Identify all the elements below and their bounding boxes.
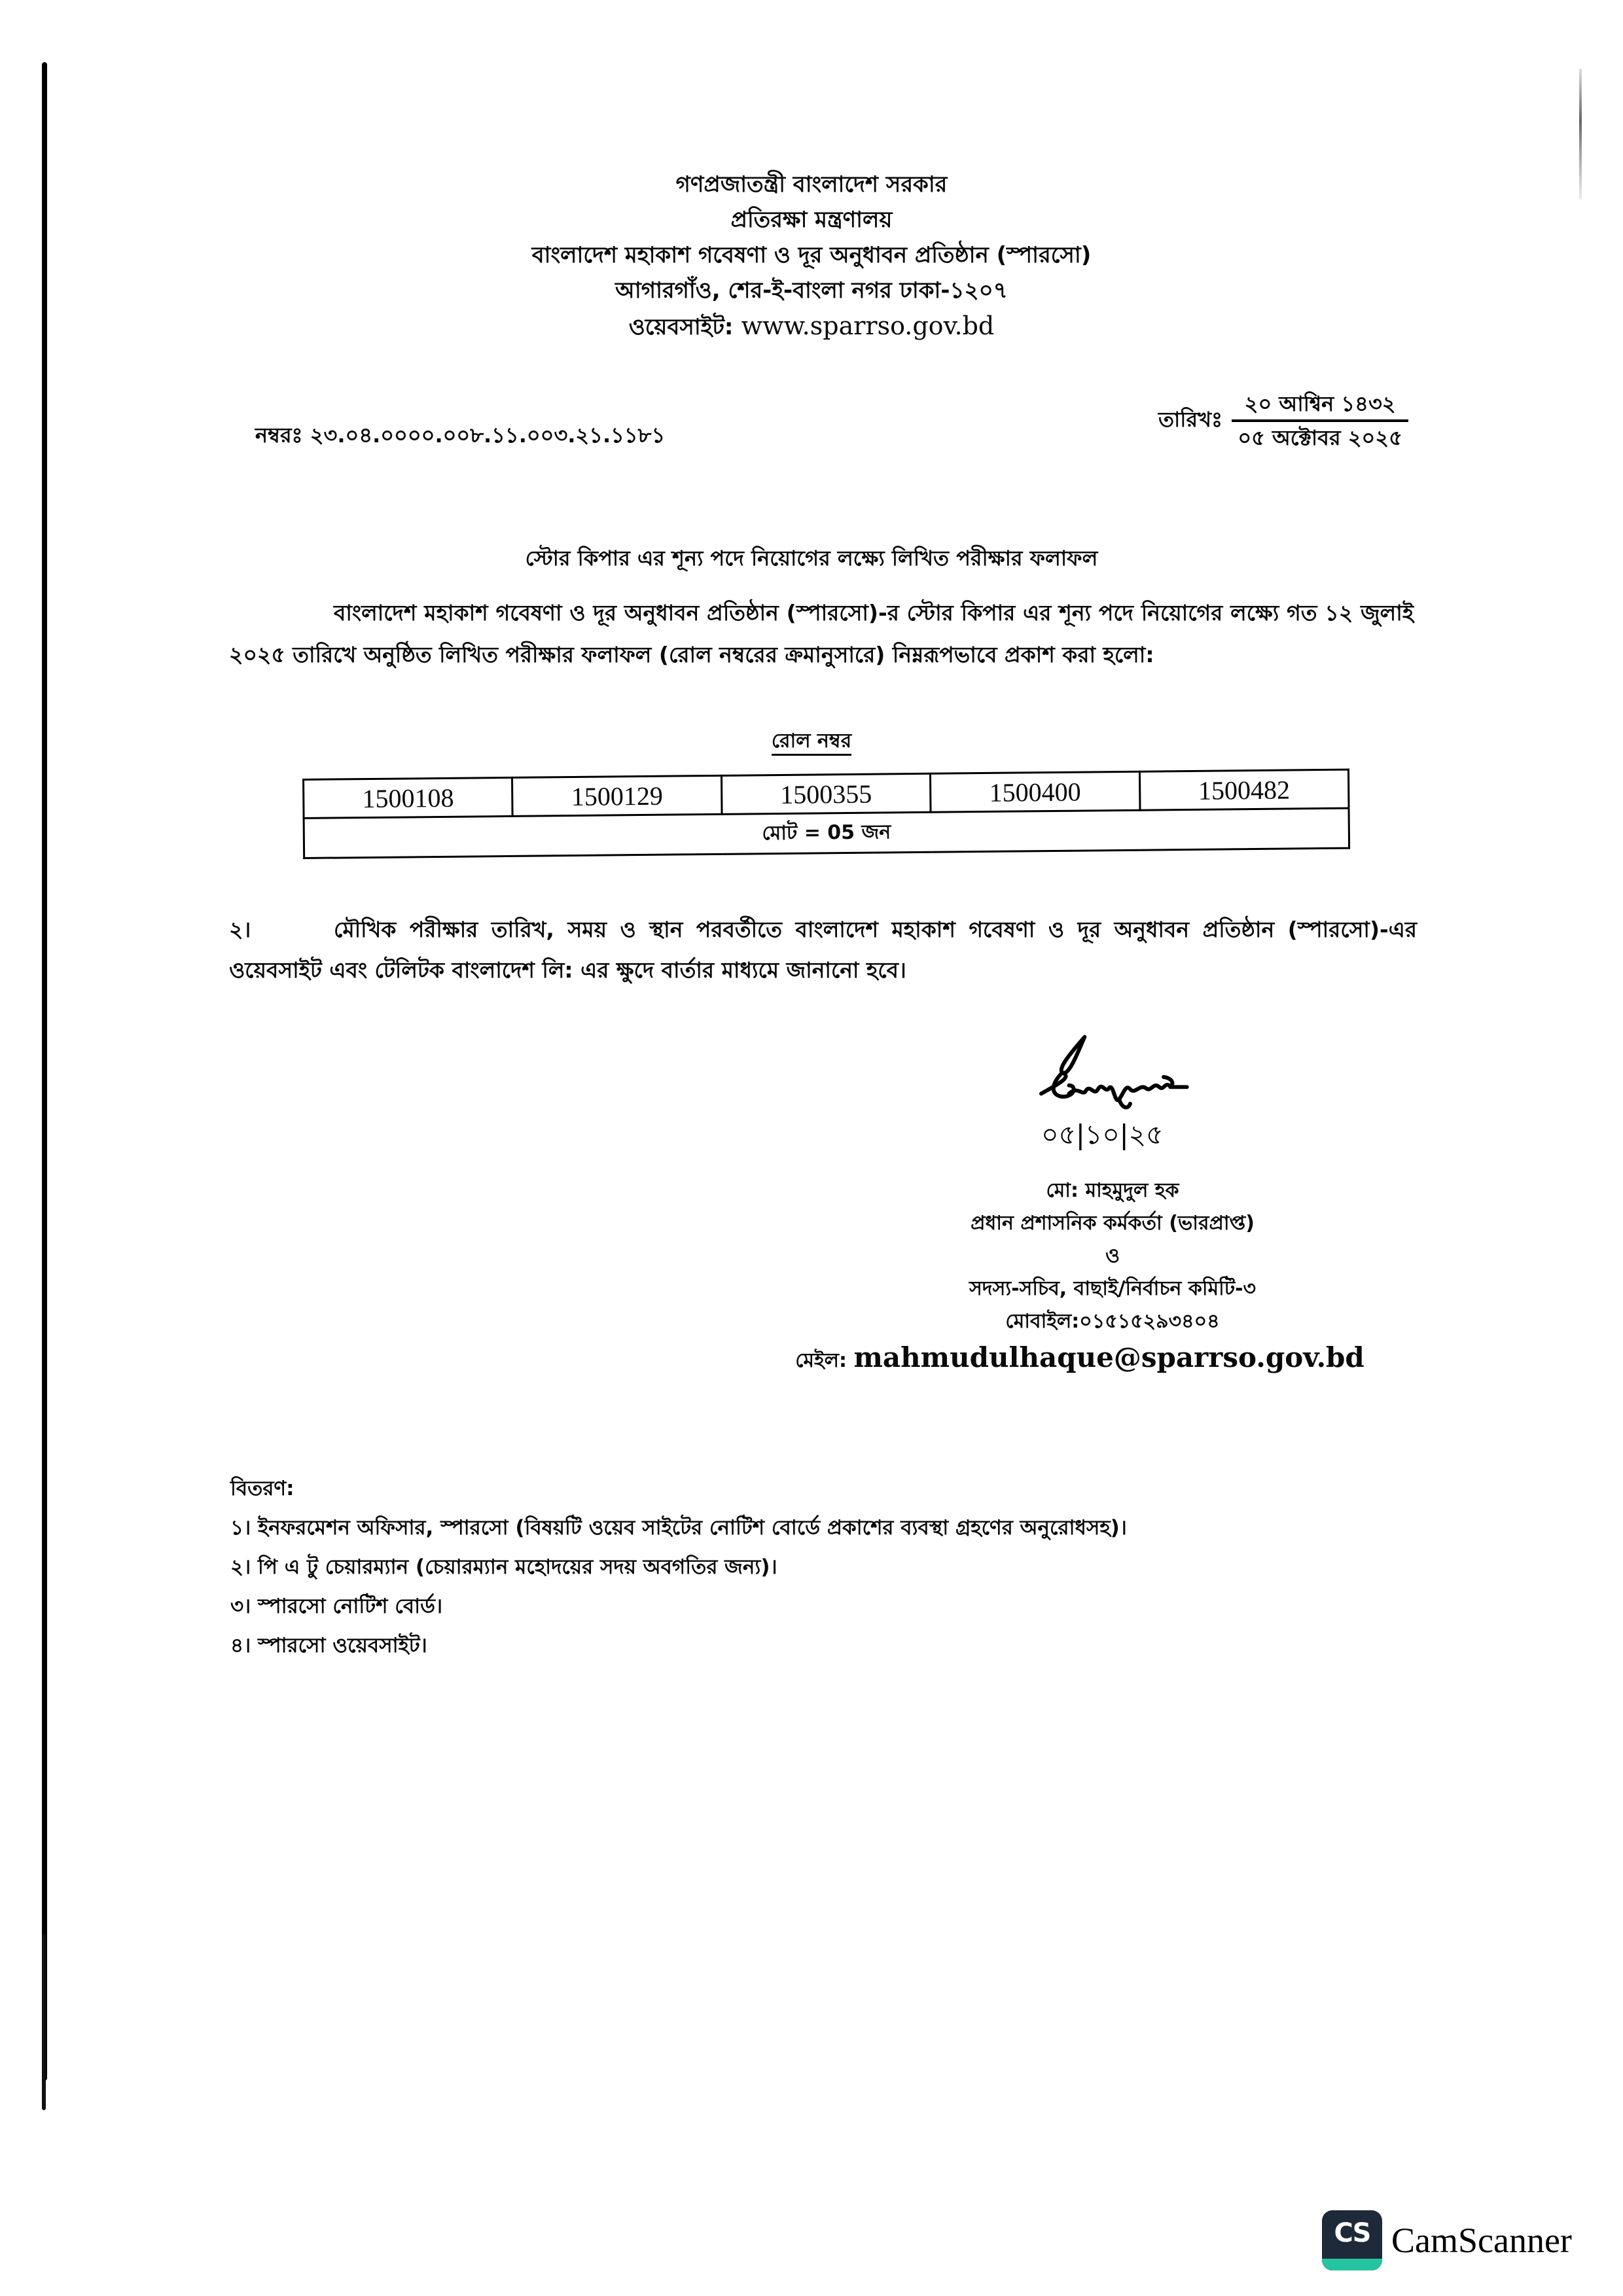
results-table: 1500108 1500129 1500355 1500400 1500482 … (302, 769, 1350, 859)
roll-number-cell: 1500355 (721, 773, 931, 814)
viva-notice-paragraph: ২।মৌখিক পরীক্ষার তারিখ, সময় ও স্থান পরব… (229, 910, 1417, 991)
memo-number: নম্বরঃ ২৩.০৪.০০০০.০০৮.১১.০০৩.২১.১১৮১ (255, 419, 665, 454)
roll-number-cell: 1500482 (1139, 769, 1349, 810)
distribution-heading: বিতরণ: (230, 1469, 1127, 1508)
website-line: ওয়েবসাইট: www.sparrso.gov.bd (0, 308, 1623, 345)
date-label: তারিখঃ (1158, 403, 1222, 438)
government-name: গণপ্রজাতন্ত্রী বাংলাদেশ সরকার (0, 167, 1623, 202)
signatory-designation: প্রধান প্রশাসনিক কর্মকর্তা (ভারপ্রাপ্ত) (805, 1207, 1420, 1240)
list-item: ৩। স্পারসো নোটিশ বোর্ড। (230, 1587, 1127, 1626)
signatory-email-line: মেইল: mahmudulhaque@sparrso.gov.bd (740, 1338, 1420, 1381)
scan-edge-mark-top-left (42, 62, 47, 2081)
list-item: ৪। স্পারসো ওয়েবসাইট। (230, 1626, 1127, 1665)
paragraph-number: ২। (229, 910, 334, 950)
distribution-list: বিতরণ: ১। ইনফরমেশন অফিসার, স্পারসো (বিষয… (230, 1469, 1127, 1665)
signatory-committee-role: সদস্য-সচিব, বাছাই/নির্বাচন কমিটি-৩ (805, 1273, 1420, 1305)
date-divider (1232, 419, 1408, 422)
notice-subject: স্টোর কিপার এর শূন্য পদে নিয়োগের লক্ষ্য… (0, 542, 1623, 577)
signatory-conjunction: ও (805, 1240, 1420, 1273)
intro-paragraph: বাংলাদেশ মহাকাশ গবেষণা ও দূর অনুধাবন প্র… (229, 592, 1414, 676)
roll-number-heading: রোল নম্বর (0, 725, 1623, 758)
paragraph-text: মৌখিক পরীক্ষার তারিখ, সময় ও স্থান পরবর্… (229, 917, 1417, 983)
date-gregorian: ০৫ অক্টোবর ২০২৫ (1238, 423, 1402, 452)
roll-number-cell: 1500400 (931, 771, 1140, 812)
signatory-mobile: মোবাইল:০১৫১৫২৯৩৪০৪ (805, 1305, 1420, 1338)
roll-number-cell: 1500108 (304, 777, 513, 818)
memo-date: তারিখঃ ২০ আশ্বিন ১৪৩২ ০৫ অক্টোবর ২০২৫ (1158, 389, 1408, 452)
organization-address: আগারগাঁও, শের-ই-বাংলা নগর ঢাকা-১২০৭ (0, 273, 1623, 308)
date-bangla: ২০ আশ্বিন ১৪৩২ (1245, 389, 1396, 418)
letterhead: গণপ্রজাতন্ত্রী বাংলাদেশ সরকার প্রতিরক্ষা… (0, 167, 1623, 345)
organization-name: বাংলাদেশ মহাকাশ গবেষণা ও দূর অনুধাবন প্র… (0, 238, 1623, 273)
email-label: মেইল: (795, 1349, 847, 1372)
signatory-block: মো: মাহমুদুল হক প্রধান প্রশাসনিক কর্মকর্… (805, 1174, 1420, 1381)
signatory-name: মো: মাহমুদুল হক (805, 1174, 1420, 1207)
ministry-name: প্রতিরক্ষা মন্ত্রণালয় (0, 202, 1623, 238)
roll-number-cell: 1500129 (512, 775, 722, 816)
camscanner-logo-icon: CS (1322, 2210, 1382, 2270)
camscanner-watermark: CS CamScanner (1322, 2210, 1572, 2270)
list-item: ১। ইনফরমেশন অফিসার, স্পারসো (বিষয়টি ওয়… (230, 1508, 1127, 1547)
email-address[interactable]: mahmudulhaque@sparrso.gov.bd (853, 1341, 1364, 1373)
website-label: ওয়েবসাইট: (629, 314, 734, 340)
handwritten-signature: ০৫|১০|২৫ (1008, 1027, 1230, 1171)
list-item: ২। পি এ টু চেয়ারম্যান (চেয়ারম্যান মহোদ… (230, 1547, 1127, 1587)
website-url[interactable]: www.sparrso.gov.bd (741, 311, 995, 340)
svg-text:০৫|১০|২৫: ০৫|১০|২৫ (1041, 1119, 1164, 1150)
camscanner-name: CamScanner (1391, 2220, 1572, 2261)
date-fraction: ২০ আশ্বিন ১৪৩২ ০৫ অক্টোবর ২০২৫ (1232, 389, 1408, 452)
scan-edge-mark-bottom-left (42, 1934, 46, 2110)
